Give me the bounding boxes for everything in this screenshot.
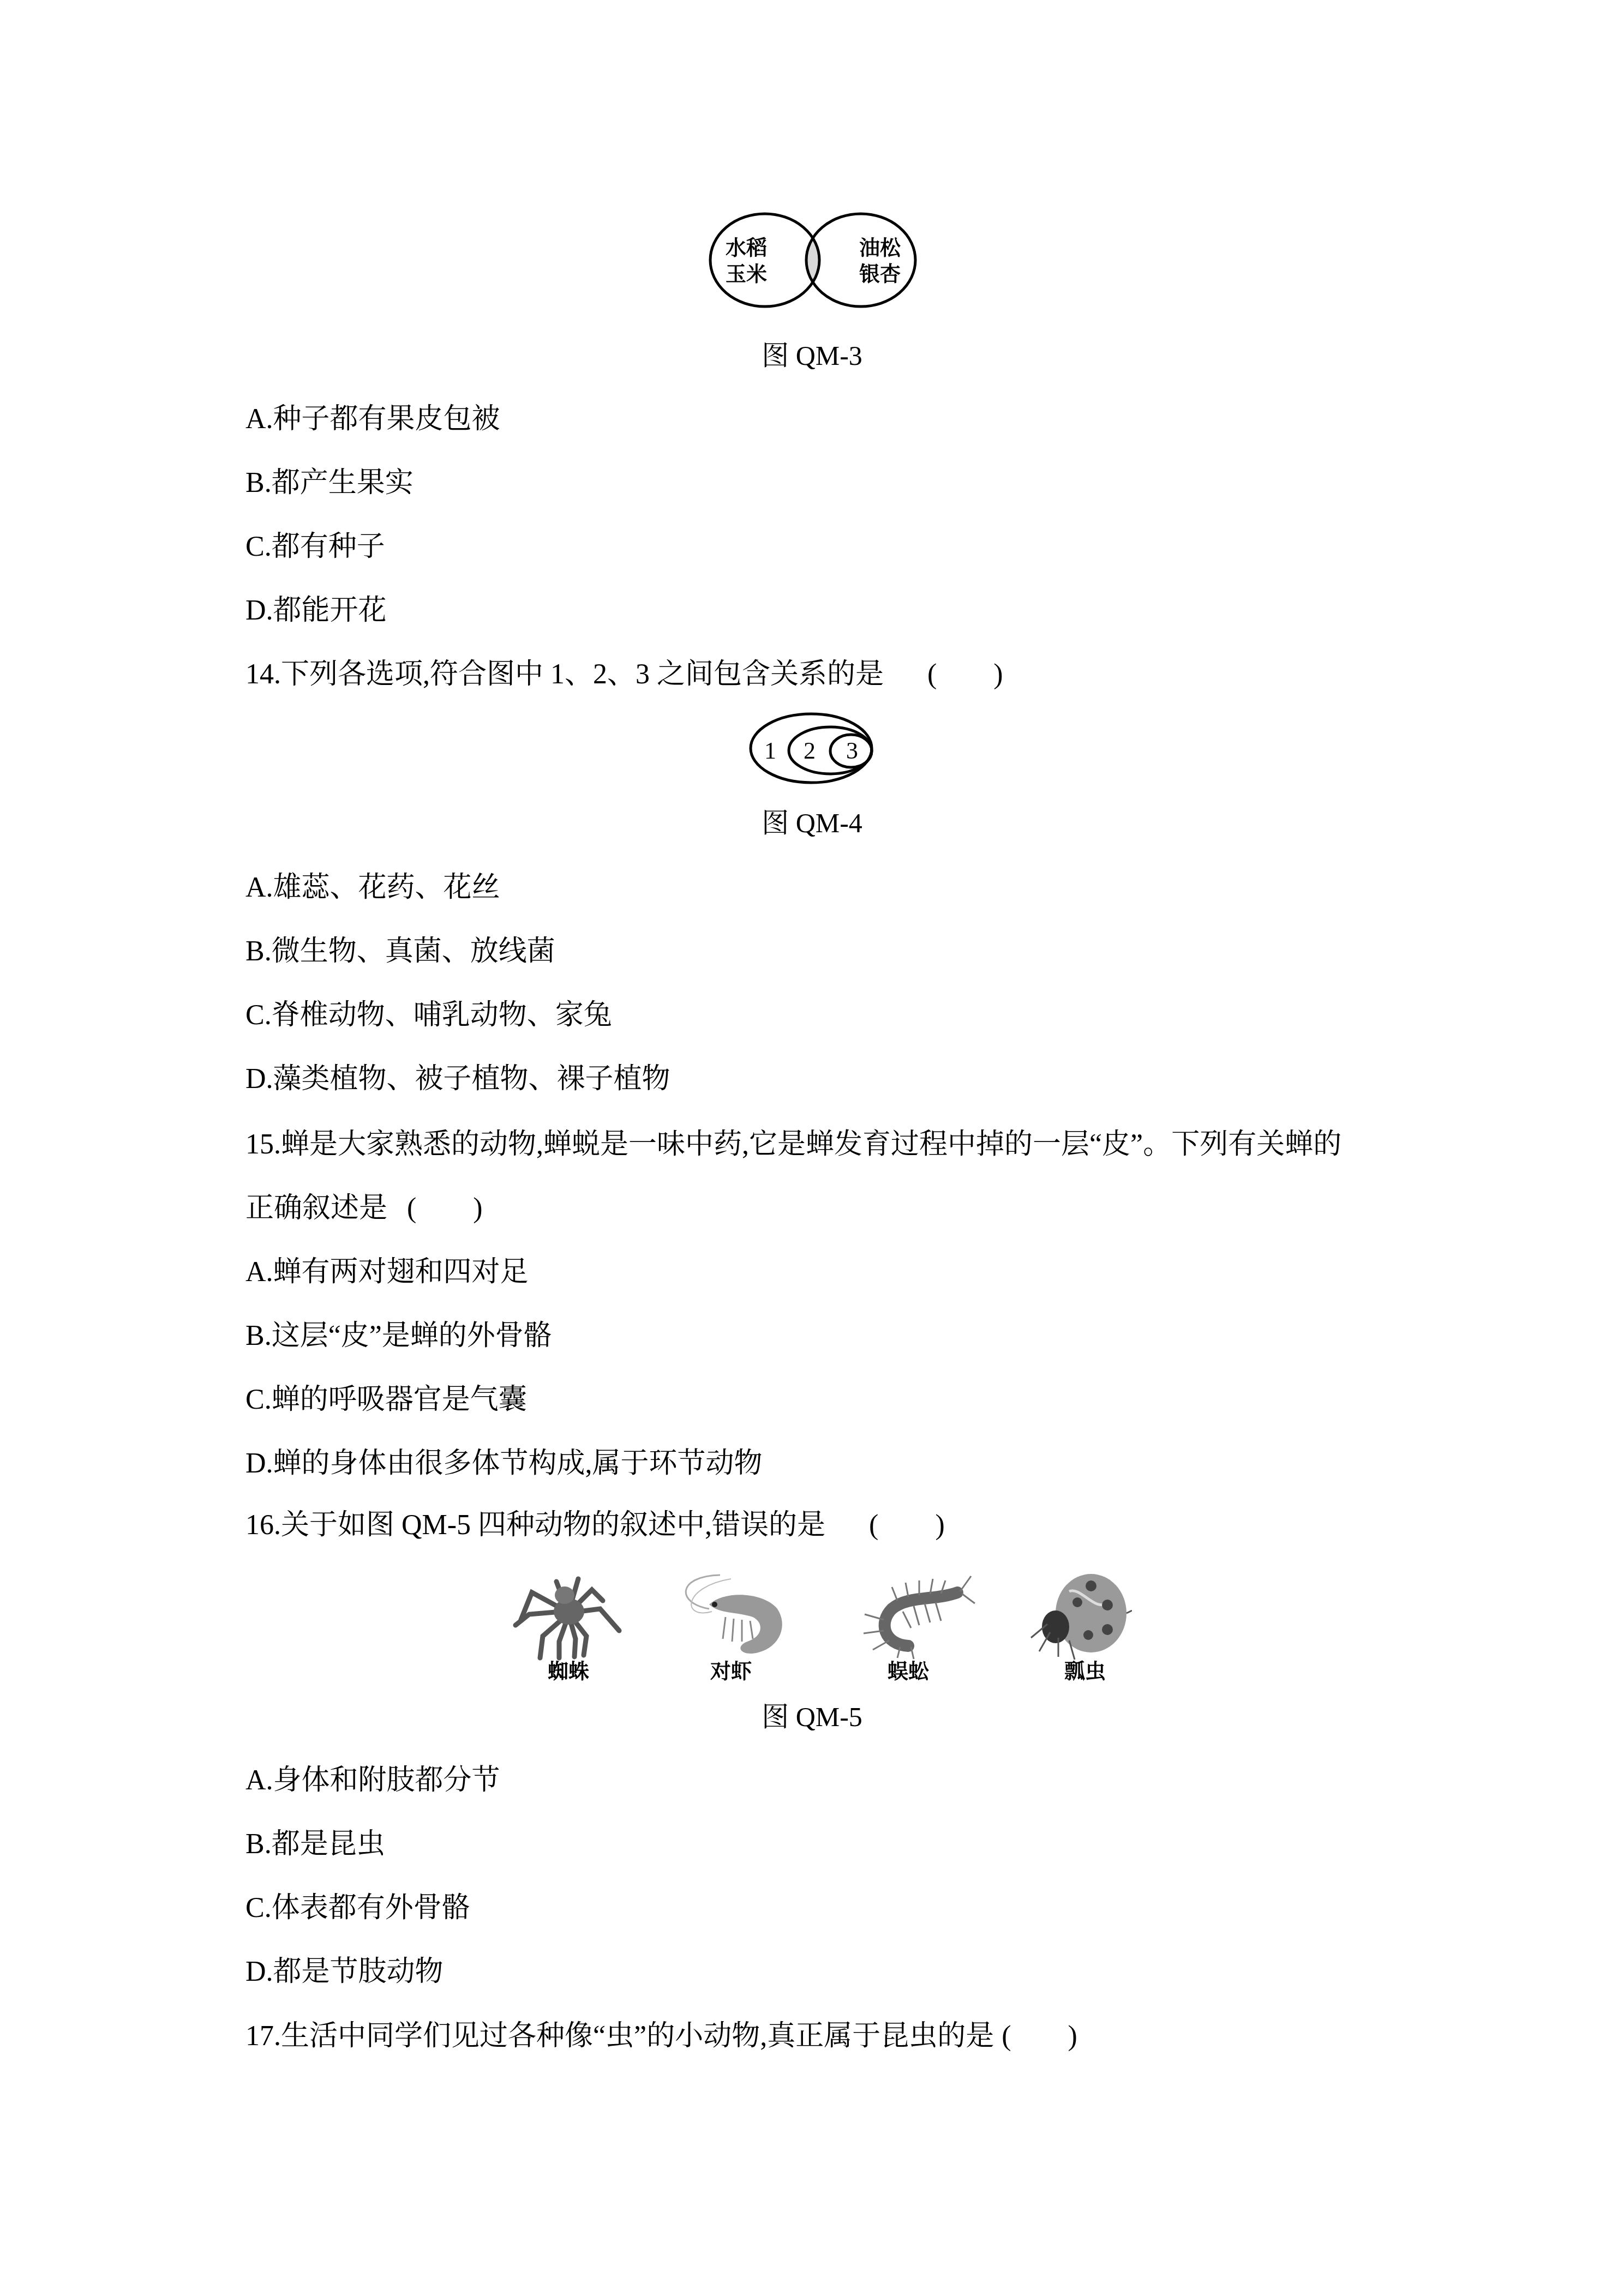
q14-option-d: D.藻类植物、被子植物、裸子植物 <box>245 1063 670 1096</box>
q14-stem: 14.下列各选项,符合图中 1、2、3 之间包含关系的是( ) <box>245 658 1003 691</box>
figure-caption-qm4: 图 QM-4 <box>0 807 1624 839</box>
ellipse-label-3: 3 <box>846 737 858 764</box>
q13-option-b: B.都产生果实 <box>245 467 414 500</box>
q16-option-a: A.身体和附肢都分节 <box>245 1764 500 1797</box>
q13-option-a: A.种子都有果皮包被 <box>245 403 500 436</box>
q17-stem: 17.生活中同学们见过各种像“虫”的小动物,真正属于昆虫的是( ) <box>245 2020 1077 2053</box>
venn-right-line2: 银杏 <box>859 262 901 286</box>
shrimp-icon <box>671 1571 796 1661</box>
q16-option-d: D.都是节肢动物 <box>245 1956 444 1988</box>
spider-icon <box>510 1571 625 1661</box>
figure-caption-qm3: 图 QM-3 <box>0 339 1624 372</box>
q15-stem-line2-text: 正确叙述是 <box>245 1193 387 1224</box>
q15-option-c: C.蝉的呼吸器官是气囊 <box>245 1384 527 1416</box>
ladybug-icon <box>1026 1570 1132 1662</box>
q15-stem-line2: 正确叙述是( ) <box>245 1192 483 1225</box>
q14-option-a: A.雄蕊、花药、花丝 <box>245 871 500 904</box>
centipede-icon <box>854 1571 976 1661</box>
q14-answer-blank: ( ) <box>927 658 1003 691</box>
venn-right-line1: 油松 <box>859 236 901 260</box>
animal-label-ladybug: 瓢虫 <box>1020 1659 1150 1683</box>
venn-left-line2: 玉米 <box>726 262 767 286</box>
q14-option-b: B.微生物、真菌、放线菌 <box>245 935 555 968</box>
animal-label-shrimp: 对虾 <box>666 1659 796 1683</box>
venn-left-line1: 水稻 <box>726 236 767 260</box>
ellipse-label-2: 2 <box>804 737 816 764</box>
q15-answer-blank: ( ) <box>407 1192 483 1225</box>
q16-option-c: C.体表都有外骨骼 <box>245 1892 470 1925</box>
q14-stem-text: 14.下列各选项,符合图中 1、2、3 之间包含关系的是 <box>245 659 884 690</box>
q17-answer-blank: ( ) <box>1002 2020 1077 2053</box>
q15-option-d: D.蝉的身体由很多体节构成,属于环节动物 <box>245 1447 763 1480</box>
q16-stem: 16.关于如图 QM-5 四种动物的叙述中,错误的是( ) <box>245 1509 945 1542</box>
q17-stem-text: 17.生活中同学们见过各种像“虫”的小动物,真正属于昆虫的是 <box>245 2021 994 2052</box>
q15-option-a: A.蝉有两对翅和四对足 <box>245 1256 529 1289</box>
venn-diagram-qm3: 水稻 玉米 油松 银杏 <box>706 210 919 311</box>
figure-caption-qm5: 图 QM-5 <box>0 1700 1624 1733</box>
ellipse-label-1: 1 <box>764 737 776 764</box>
q15-stem-line1: 15.蝉是大家熟悉的动物,蝉蜕是一味中药,它是蝉发育过程中掉的一层“皮”。下列有… <box>245 1128 1341 1161</box>
q13-option-d: D.都能开花 <box>245 594 387 627</box>
q16-stem-text: 16.关于如图 QM-5 四种动物的叙述中,错误的是 <box>245 1510 825 1541</box>
q14-option-c: C.脊椎动物、哺乳动物、家兔 <box>245 999 612 1032</box>
q13-option-c: C.都有种子 <box>245 531 385 563</box>
nested-ellipses-qm4: 1 2 3 <box>748 711 877 787</box>
q16-answer-blank: ( ) <box>869 1509 945 1542</box>
animal-label-spider: 蜘蛛 <box>503 1659 634 1683</box>
q16-option-b: B.都是昆虫 <box>245 1828 385 1861</box>
animal-label-centipede: 蜈蚣 <box>843 1659 974 1683</box>
q15-option-b: B.这层“皮”是蝉的外骨骼 <box>245 1320 552 1353</box>
